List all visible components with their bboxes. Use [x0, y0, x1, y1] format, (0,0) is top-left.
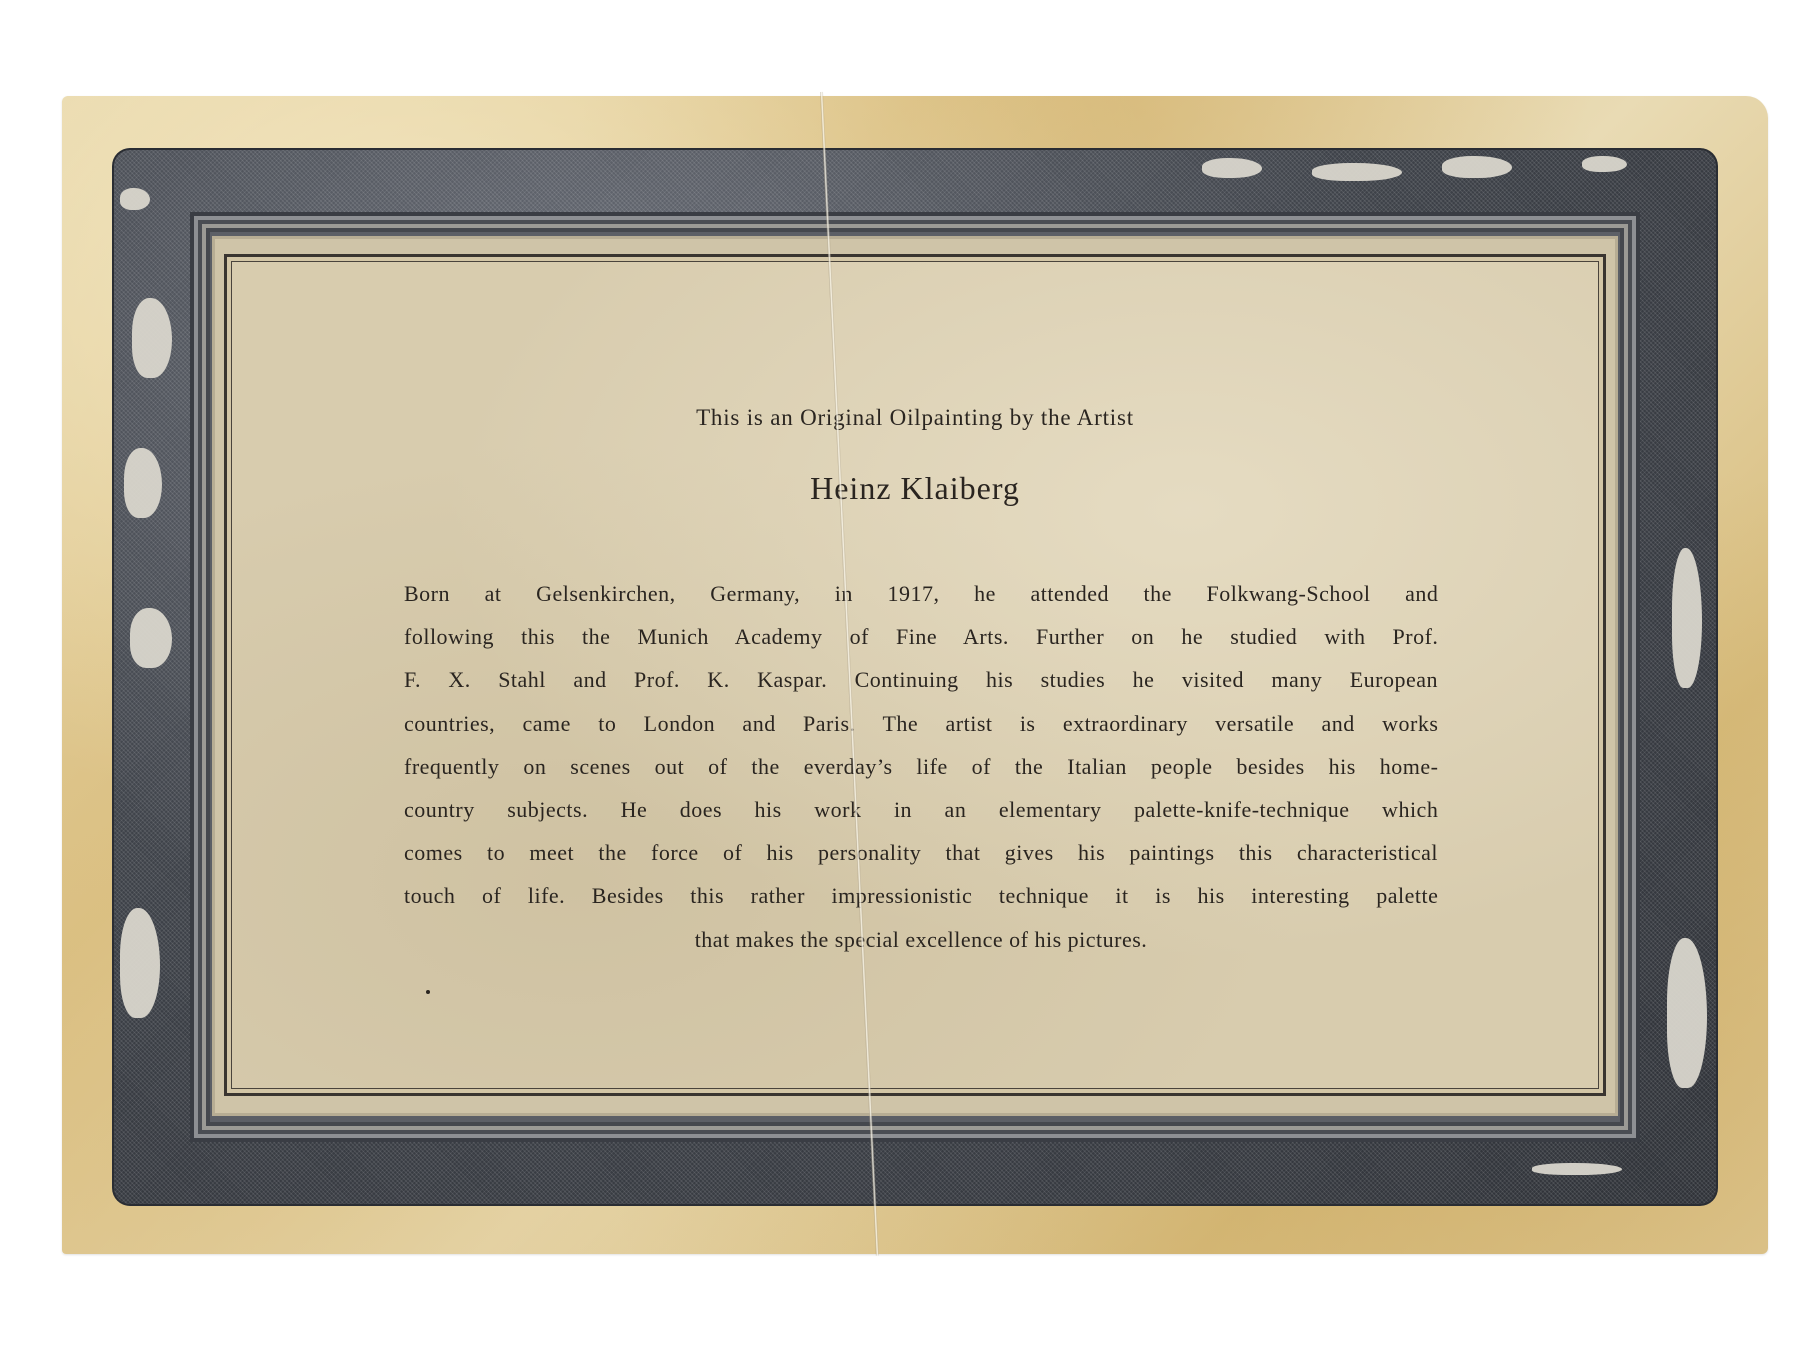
biography-line: frequently on scenes out of the everday’… — [404, 745, 1438, 788]
biography-line: F. X. Stahl and Prof. K. Kaspar. Continu… — [404, 658, 1438, 701]
biography-line: that makes the special excellence of his… — [404, 918, 1438, 961]
biography-line: touch of life. Besides this rather impre… — [404, 874, 1438, 917]
worn-patch — [130, 608, 172, 668]
worn-patch — [132, 298, 172, 378]
worn-patch — [1202, 158, 1262, 178]
artist-biography: Born at Gelsenkirchen, Germany, in 1917,… — [404, 572, 1438, 961]
biography-line: following this the Munich Academy of Fin… — [404, 615, 1438, 658]
worn-patch — [120, 908, 160, 1018]
certificate-intro: This is an Original Oilpainting by the A… — [224, 405, 1606, 431]
worn-patch — [1667, 938, 1707, 1088]
worn-patch — [1582, 156, 1627, 172]
ink-speck — [426, 990, 430, 994]
artist-name: Heinz Klaiberg — [224, 470, 1606, 507]
worn-patch — [1532, 1163, 1622, 1175]
worn-patch — [120, 188, 150, 210]
worn-patch — [1442, 156, 1512, 178]
worn-patch — [1672, 548, 1702, 688]
worn-patch — [1312, 163, 1402, 181]
worn-patch — [124, 448, 162, 518]
biography-line: Born at Gelsenkirchen, Germany, in 1917,… — [404, 572, 1438, 615]
biography-line: country subjects. He does his work in an… — [404, 788, 1438, 831]
biography-line: comes to meet the force of his personali… — [404, 831, 1438, 874]
biography-line: countries, came to London and Paris. The… — [404, 702, 1438, 745]
